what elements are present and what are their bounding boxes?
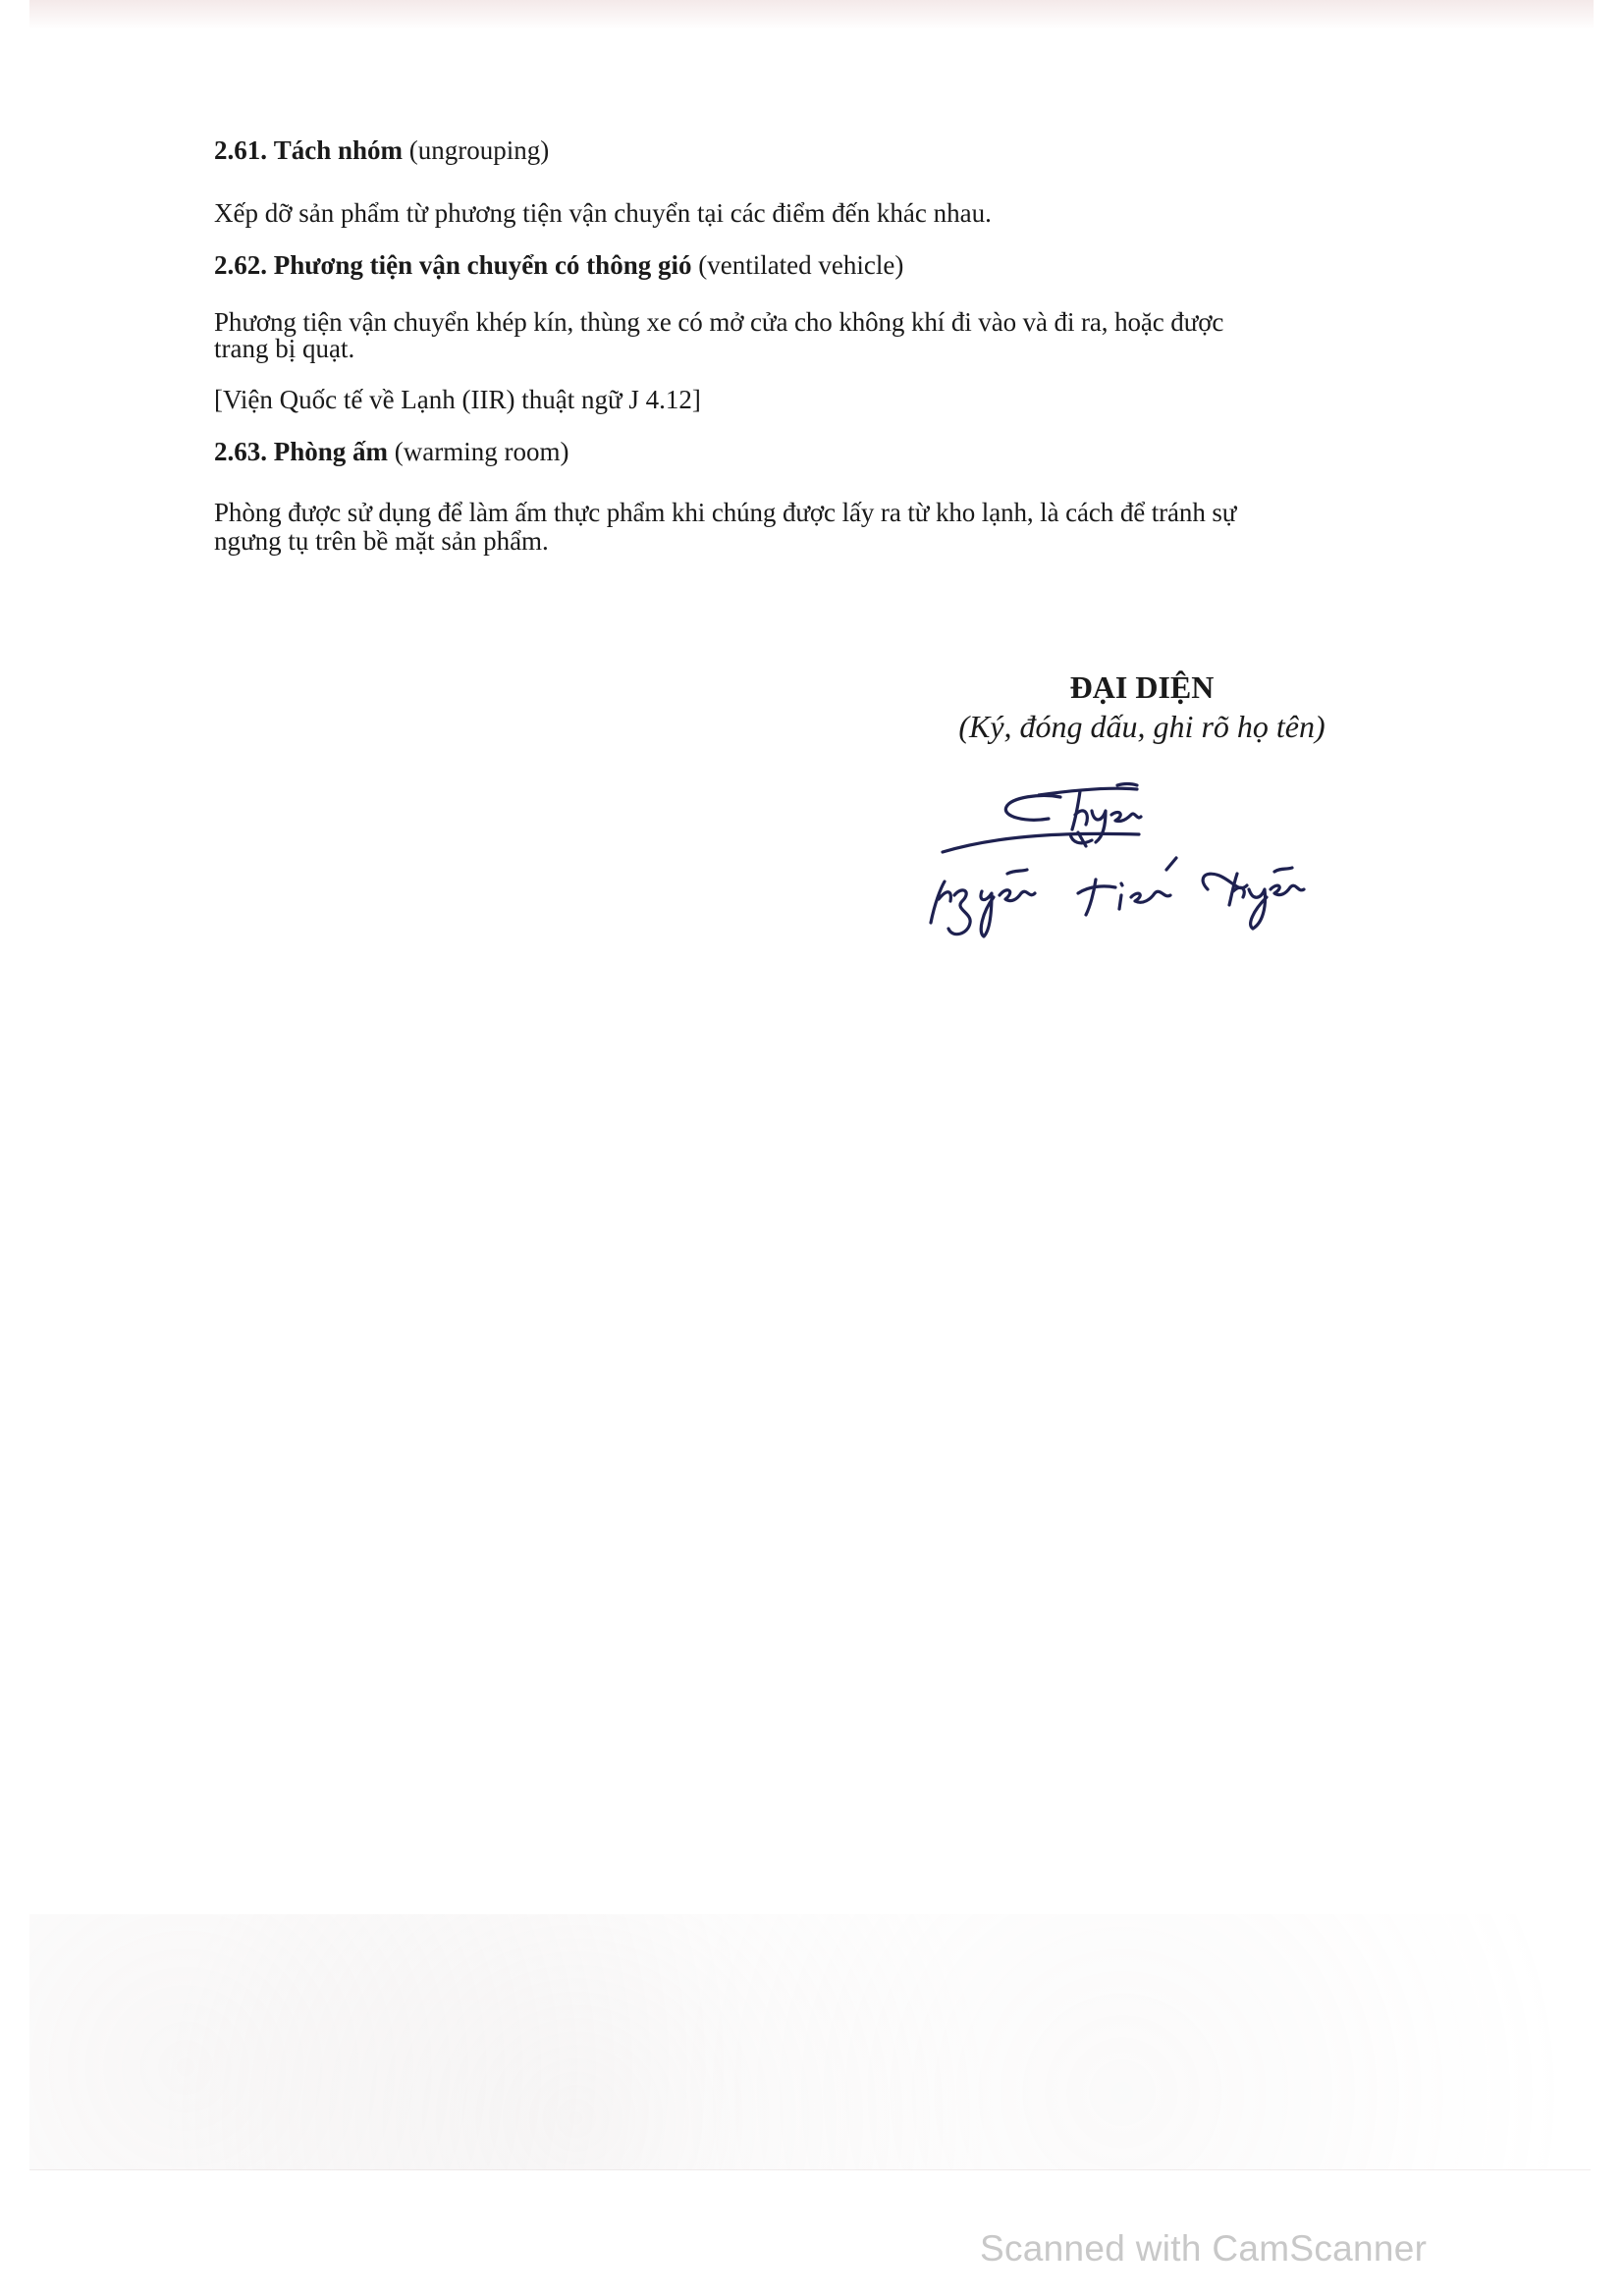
section-english-term: (ungrouping) [409,135,549,165]
section-definition-line: trang bị quạt. [214,334,354,363]
section-definition-line: Phòng được sử dụng để làm ấm thực phẩm k… [214,498,1236,527]
section-term: Tách nhóm [274,135,403,165]
section-number: 2.62. [214,250,267,280]
handwritten-signature [913,775,1483,962]
section-citation: [Viện Quốc tế về Lạnh (IIR) thuật ngữ J … [214,385,701,414]
section-heading-2-61: 2.61. Tách nhóm (ungrouping) [214,135,549,165]
signature-ink-icon [913,775,1483,962]
signature-block: ĐẠI DIỆN (Ký, đóng dấu, ghi rõ họ tên) [911,667,1373,746]
signature-instruction: (Ký, đóng dấu, ghi rõ họ tên) [911,707,1373,746]
scan-noise-artifact [29,1914,1591,2170]
section-english-term: (ventilated vehicle) [698,250,903,280]
signature-title: ĐẠI DIỆN [911,667,1373,707]
scan-edge-artifact [29,0,1594,29]
camscanner-watermark: Scanned with CamScanner [980,2228,1427,2269]
section-number: 2.63. [214,437,267,466]
section-definition-line: ngưng tụ trên bề mặt sản phẩm. [214,526,549,556]
section-term: Phòng ấm [274,437,388,466]
section-heading-2-63: 2.63. Phòng ấm (warming room) [214,437,568,466]
section-number: 2.61. [214,135,267,165]
section-definition-line: Xếp dỡ sản phẩm từ phương tiện vận chuyể… [214,198,992,228]
section-english-term: (warming room) [395,437,569,466]
section-term: Phương tiện vận chuyển có thông gió [274,250,692,280]
section-definition-line: Phương tiện vận chuyển khép kín, thùng x… [214,307,1223,337]
section-heading-2-62: 2.62. Phương tiện vận chuyển có thông gi… [214,250,903,280]
